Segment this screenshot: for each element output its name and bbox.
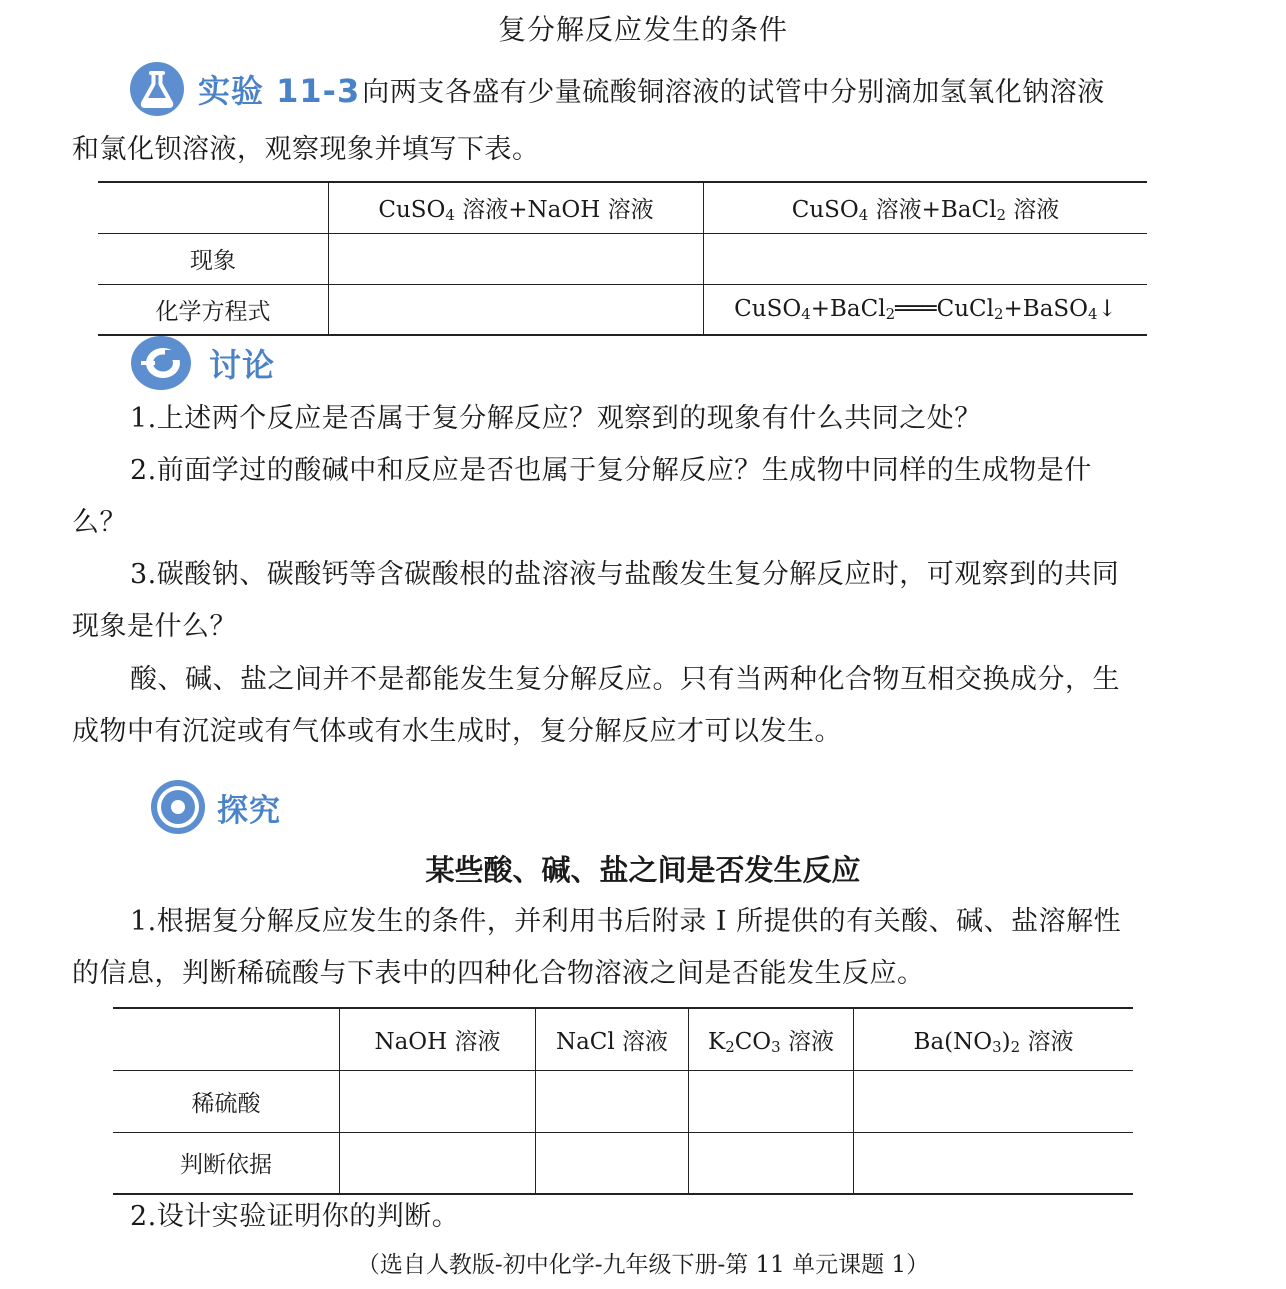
inquiry-paragraph-1-continued: 的信息，判断稀硫酸与下表中的四种化合物溶液之间是否能发生反应。 [72,948,1176,1000]
inquiry-table: NaOH 溶液 NaCl 溶液 K2CO3 溶液 Ba(NO3)2 溶液 稀硫酸… [113,1007,1133,1195]
experiment-intro: 向两支各盛有少量硫酸铜溶液的试管中分别滴加氢氧化钠溶液 [362,70,1105,109]
discussion-question-1: 1.上述两个反应是否属于复分解反应？观察到的现象有什么共同之处？ [72,393,1176,445]
cell-basis-naoh[interactable] [340,1132,536,1194]
inquiry-subtitle: 某些酸、碱、盐之间是否发生反应 [0,850,1286,890]
table-row: 现象 [98,233,1147,284]
inquiry-label: 探究 [217,785,281,830]
table-row: 稀硫酸 [113,1070,1133,1132]
page-title: 复分解反应发生的条件 [0,10,1286,50]
discussion-question-3-continued: 现象是什么？ [72,601,1176,653]
experiment-header: 实验 11-3 向两支各盛有少量硫酸铜溶液的试管中分别滴加氢氧化钠溶液 [130,62,1105,116]
discussion-conclusion-continued: 成物中有沉淀或有气体或有水生成时，复分解反应才可以发生。 [72,706,1176,758]
cell-acid-naoh[interactable] [340,1070,536,1132]
cell-phenomenon-bacl2[interactable] [704,233,1148,284]
column-header-naoh: CuSO4 溶液+NaOH 溶液 [329,182,704,233]
row-label-dilute-sulfuric-acid: 稀硫酸 [113,1070,340,1132]
discussion-header: 讨论 [131,336,275,390]
experiment-intro-continued: 和氯化钡溶液，观察现象并填写下表。 [72,124,1176,176]
table-corner-cell [98,182,329,233]
experiment-label: 实验 11-3 [198,66,360,112]
cell-basis-nacl[interactable] [536,1132,689,1194]
discussion-label: 讨论 [209,340,275,386]
column-header-nacl: NaCl 溶液 [536,1008,689,1070]
cell-basis-bano3[interactable] [854,1132,1134,1194]
cell-acid-bano3[interactable] [854,1070,1134,1132]
cell-acid-nacl[interactable] [536,1070,689,1132]
flask-icon [130,62,184,116]
discussion-conclusion: 酸、碱、盐之间并不是都能发生复分解反应。只有当两种化合物互相交换成分，生 [72,654,1176,706]
discussion-question-3: 3.碳酸钠、碳酸钙等含碳酸根的盐溶液与盐酸发生复分解反应时，可观察到的共同 [72,549,1176,601]
cell-phenomenon-naoh[interactable] [329,233,704,284]
target-icon [151,780,205,834]
column-header-naoh: NaOH 溶液 [340,1008,536,1070]
row-label-basis: 判断依据 [113,1132,340,1194]
column-header-bacl2: CuSO4 溶液+BaCl2 溶液 [704,182,1148,233]
discussion-icon [131,336,191,390]
discussion-question-2-continued: 么？ [72,497,1176,549]
cell-basis-k2co3[interactable] [689,1132,854,1194]
source-footer: （选自人教版-初中化学-九年级下册-第 11 单元课题 1） [0,1248,1286,1282]
inquiry-header: 探究 [151,780,281,834]
cell-equation-bacl2: CuSO4+BaCl2═══CuCl2+BaSO4↓ [704,284,1148,335]
table-row: 化学方程式 CuSO4+BaCl2═══CuCl2+BaSO4↓ [98,284,1147,335]
experiment-table: CuSO4 溶液+NaOH 溶液 CuSO4 溶液+BaCl2 溶液 现象 化学… [98,181,1147,336]
column-header-bano3: Ba(NO3)2 溶液 [854,1008,1134,1070]
row-label-phenomenon: 现象 [98,233,329,284]
inquiry-paragraph-1: 1.根据复分解反应发生的条件，并利用书后附录 I 所提供的有关酸、碱、盐溶解性 [72,896,1176,948]
column-header-k2co3: K2CO3 溶液 [689,1008,854,1070]
cell-acid-k2co3[interactable] [689,1070,854,1132]
inquiry-paragraph-2: 2.设计实验证明你的判断。 [72,1191,1176,1243]
discussion-question-2: 2.前面学过的酸碱中和反应是否也属于复分解反应？生成物中同样的生成物是什 [72,445,1176,497]
row-label-equation: 化学方程式 [98,284,329,335]
cell-equation-naoh[interactable] [329,284,704,335]
table-corner-cell [113,1008,340,1070]
table-row: 判断依据 [113,1132,1133,1194]
